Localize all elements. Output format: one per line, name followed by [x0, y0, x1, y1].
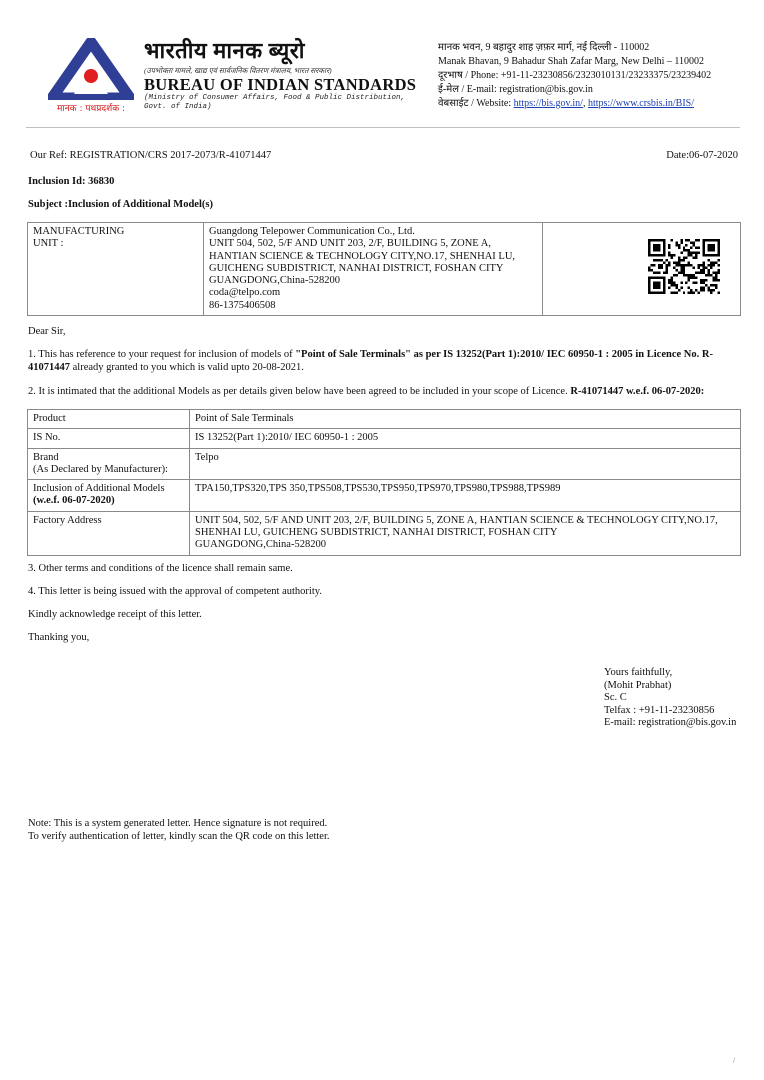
table-row: Inclusion of Additional Models (w.e.f. 0… [28, 480, 741, 512]
table-row: Factory Address UNIT 504, 502, 5/F AND U… [28, 511, 741, 555]
website-link-crsbis[interactable]: https://www.crsbis.in/BIS/ [588, 98, 694, 109]
org-name-english: BUREAU OF INDIAN STANDARDS [144, 75, 416, 95]
thanking-line: Thanking you, [28, 632, 742, 645]
inclusion-id: Inclusion Id: 36830 [28, 176, 114, 189]
table-row: Product Point of Sale Terminals [28, 410, 741, 429]
table-row: IS No. IS 13252(Part 1):2010/ IEC 60950-… [28, 429, 741, 448]
paragraph-2: 2. It is intimated that the additional M… [28, 386, 742, 399]
ministry-hindi: (उपभोक्ता मामले, खाद्य एवं सार्वजनिक वित… [144, 66, 332, 75]
email-line: ई-मेल / E-mail: registration@bis.gov.in [438, 83, 711, 97]
manufacturing-unit-table: MANUFACTURING UNIT : Guangdong Telepower… [27, 222, 741, 316]
phone-label: दूरभाष / Phone: [438, 70, 498, 81]
model-details-table: Product Point of Sale Terminals IS No. I… [27, 409, 741, 556]
signatory-designation: Sc. C [604, 692, 736, 705]
website-label: वेबसाईट / Website: [438, 98, 511, 109]
signatory-name: (Mohit Prabhat) [604, 680, 736, 693]
closing: Yours faithfully, [604, 667, 736, 680]
para2-bold: R-41071447 w.e.f. 06-07-2020: [570, 386, 704, 397]
para1-text-end: already granted to you which is valid up… [70, 362, 304, 373]
manufacturing-unit-address: Guangdong Telepower Communication Co., L… [204, 223, 543, 316]
phone-value: +91-11-23230856/2323010131/23233375/2323… [501, 70, 711, 81]
row-label: Factory Address [28, 511, 190, 555]
qr-cell [543, 223, 741, 316]
row-value: TPA150,TPS320,TPS 350,TPS508,TPS530,TPS9… [190, 480, 741, 512]
para1-text: 1. This has reference to your request fo… [28, 349, 295, 360]
email-label: ई-मेल / E-mail: [438, 84, 497, 95]
page-mark: / [733, 1056, 735, 1066]
signatory-email: E-mail: registration@bis.gov.in [604, 717, 736, 730]
footer-note: Note: This is a system generated letter.… [28, 818, 330, 843]
org-name-hindi: भारतीय मानक ब्यूरो [144, 38, 305, 64]
row-label: Brand (As Declared by Manufacturer): [28, 448, 190, 480]
label-line: Brand [33, 452, 184, 464]
company-name: Guangdong Telepower Communication Co., L… [209, 226, 537, 238]
value-line: UNIT 504, 502, 5/F AND UNIT 203, 2/F, BU… [195, 515, 735, 527]
address-english: Manak Bhavan, 9 Bahadur Shah Zafar Marg,… [438, 55, 711, 69]
header-divider [26, 127, 740, 128]
ministry-english: (Ministry of Consumer Affairs, Food & Pu… [144, 94, 424, 111]
address-line: GUICHENG SUBDISTRICT, NANHAI DISTRICT, F… [209, 263, 537, 275]
label-line: (As Declared by Manufacturer): [33, 464, 184, 476]
value-line: SHENHAI LU, GUICHENG SUBDISTRICT, NANHAI… [195, 527, 735, 539]
signature-block: Yours faithfully, (Mohit Prabhat) Sc. C … [604, 667, 736, 730]
paragraph-3: 3. Other terms and conditions of the lic… [28, 563, 742, 576]
row-label: IS No. [28, 429, 190, 448]
paragraph-1: 1. This has reference to your request fo… [28, 349, 742, 374]
phone-line: दूरभाष / Phone: +91-11-23230856/23230101… [438, 69, 711, 83]
row-value: UNIT 504, 502, 5/F AND UNIT 203, 2/F, BU… [190, 511, 741, 555]
label-line: Inclusion of Additional Models [33, 483, 184, 495]
website-line: वेबसाईट / Website: https://bis.gov.in/, … [438, 97, 711, 111]
address-line: UNIT 504, 502, 5/F AND UNIT 203, 2/F, BU… [209, 238, 537, 250]
company-email: coda@telpo.com [209, 287, 537, 299]
note-line: Note: This is a system generated letter.… [28, 818, 330, 831]
label-line: UNIT : [33, 238, 198, 250]
website-link-bis[interactable]: https://bis.gov.in/ [514, 98, 583, 109]
address-line: GUANGDONG,China-528200 [209, 275, 537, 287]
row-label: Product [28, 410, 190, 429]
label-line: (w.e.f. 06-07-2020) [33, 495, 184, 507]
value-line: GUANGDONG,China-528200 [195, 539, 735, 551]
row-value: Point of Sale Terminals [190, 410, 741, 429]
paragraph-4: 4. This letter is being issued with the … [28, 586, 742, 599]
row-value: Telpo [190, 448, 741, 480]
address-hindi: मानक भवन, 9 बहादुर शाह ज़फ़र मार्ग, नई द… [438, 41, 711, 55]
qr-code-icon[interactable] [648, 239, 720, 294]
row-value: IS 13252(Part 1):2010/ IEC 60950-1 : 200… [190, 429, 741, 448]
address-line: HANTIAN SCIENCE & TECHNOLOGY CITY,NO.17,… [209, 251, 537, 263]
table-row: Brand (As Declared by Manufacturer): Tel… [28, 448, 741, 480]
row-label: Inclusion of Additional Models (w.e.f. 0… [28, 480, 190, 512]
label-line: MANUFACTURING [33, 226, 198, 238]
contact-block: मानक भवन, 9 बहादुर शाह ज़फ़र मार्ग, नई द… [438, 41, 711, 111]
note-line: To verify authentication of letter, kind… [28, 831, 330, 844]
company-phone: 86-1375406508 [209, 300, 537, 312]
salutation: Dear Sir, [28, 326, 742, 339]
email-value: registration@bis.gov.in [499, 84, 593, 95]
letter-date: Date:06-07-2020 [666, 150, 738, 163]
para2-text: 2. It is intimated that the additional M… [28, 386, 570, 397]
subject: Subject :Inclusion of Additional Model(s… [28, 199, 213, 212]
acknowledge-line: Kindly acknowledge receipt of this lette… [28, 609, 742, 622]
manufacturing-unit-label: MANUFACTURING UNIT : [28, 223, 204, 316]
signatory-telfax: Telfax : +91-11-23230856 [604, 705, 736, 718]
logo-caption: मानक : पथप्रदर्शक : [57, 102, 125, 114]
our-ref: Our Ref: REGISTRATION/CRS 2017-2073/R-41… [30, 150, 271, 163]
bis-logo: मानक : पथप्रदर्शक : [48, 38, 134, 118]
